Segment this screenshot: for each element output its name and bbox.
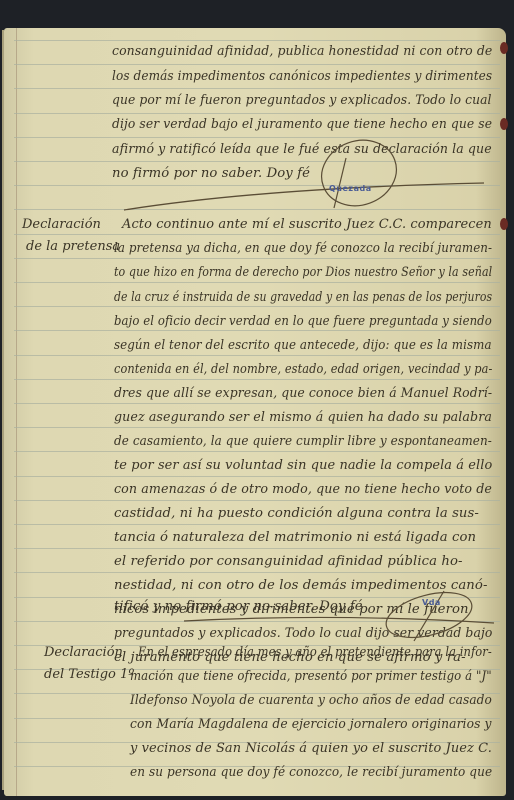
- rule-line: [14, 161, 500, 162]
- signature-stamp: Vda: [422, 598, 441, 607]
- text-line: preguntados y explicados. Todo lo cual d…: [114, 627, 492, 640]
- text-line: castidad, ni ha puesto condición alguna …: [114, 507, 479, 520]
- rule-line: [14, 113, 500, 114]
- text-line: los demás impedimentos canónicos impedie…: [112, 70, 492, 83]
- margin-heading: del Testigo 1º: [44, 668, 134, 681]
- rule-line: [14, 572, 500, 573]
- text-line: el referido por consanguinidad afinidad …: [114, 555, 463, 568]
- text-line: no firmó por no saber. Doy fé: [112, 167, 310, 180]
- text-line: en su persona que doy fé conozco, le rec…: [130, 766, 492, 779]
- rule-line: [14, 500, 500, 501]
- rule-line: [14, 185, 500, 186]
- rule-line: [14, 621, 500, 622]
- rule-line: [14, 137, 500, 138]
- rule-line: [14, 234, 500, 235]
- signature-flourish-icon: [184, 583, 504, 653]
- binding-hole: [500, 218, 508, 230]
- rule-line: [14, 258, 500, 259]
- rule-line: [14, 548, 500, 549]
- rule-line: [14, 282, 500, 283]
- text-line: afirmó y ratificó leída que le fué esta …: [112, 143, 492, 156]
- text-line: dres que allí se expresan, que conoce bi…: [114, 387, 492, 400]
- text-line: que por mí le fueron preguntados y expli…: [112, 94, 492, 107]
- margin-line: [16, 28, 17, 796]
- text-line: la pretensa ya dicha, en que doy fé cono…: [114, 242, 492, 255]
- rule-line: [14, 451, 500, 452]
- text-line: mación que tiene ofrecida, presentó por …: [130, 670, 492, 683]
- text-line: de la cruz é instruida de su gravedad y …: [114, 291, 492, 304]
- text-line: y vecinos de San Nicolás á quien yo el s…: [130, 742, 492, 755]
- rule-line: [14, 355, 500, 356]
- margin-heading: Declaración: [22, 218, 101, 231]
- text-line: según el tenor del escrito que antecede,…: [114, 339, 492, 352]
- text-line: tificó y no firmó por no saber. Doy fé: [114, 600, 363, 613]
- rule-line: [14, 306, 500, 307]
- text-line: nestidad, ni con otro de los demás imped…: [114, 579, 488, 592]
- rule-line: [14, 379, 500, 380]
- margin-heading: de la pretensa: [26, 240, 120, 253]
- rule-line: [14, 40, 500, 41]
- text-line: Acto continuo ante mí el suscrito Juez C…: [122, 218, 492, 231]
- rule-line: [14, 476, 500, 477]
- binding-hole: [500, 42, 508, 54]
- text-line: tancia ó naturaleza del matrimonio ni es…: [114, 531, 476, 544]
- rule-line: [14, 403, 500, 404]
- rule-line: [14, 88, 500, 89]
- text-line: Ildefonso Noyola de cuarenta y ocho años…: [130, 694, 492, 707]
- rule-line: [14, 427, 500, 428]
- ledger-page: consanguinidad afinidad, publica honesti…: [4, 28, 506, 796]
- text-line: con María Magdalena de ejercicio jornale…: [130, 718, 492, 731]
- text-line: te por ser así su voluntad sin que nadie…: [114, 459, 492, 472]
- rule-line: [14, 330, 500, 331]
- text-line: contenida en él, del nombre, estado, eda…: [114, 363, 492, 376]
- text-line: con amenazas ó de otro modo, que no tien…: [114, 483, 492, 496]
- rule-line: [14, 64, 500, 65]
- binding-hole: [500, 118, 508, 130]
- text-line: dijo ser verdad bajo el juramento que ti…: [112, 118, 492, 131]
- rule-line: [14, 524, 500, 525]
- text-line: En el espresado día mes y año el pretend…: [138, 646, 492, 659]
- text-line: consanguinidad afinidad, publica honesti…: [112, 45, 492, 58]
- text-line: guez asegurando ser el mismo á quien ha …: [114, 411, 492, 424]
- margin-heading: Declaración: [44, 646, 123, 659]
- text-line: to que hizo en forma de derecho por Dios…: [114, 266, 492, 279]
- text-line: bajo el oficio decir verdad en lo que fu…: [114, 315, 492, 328]
- rule-line: [14, 209, 500, 210]
- signature-stamp: Quezada: [329, 184, 372, 193]
- text-line: de casamiento, la que quiere cumplir lib…: [114, 435, 492, 448]
